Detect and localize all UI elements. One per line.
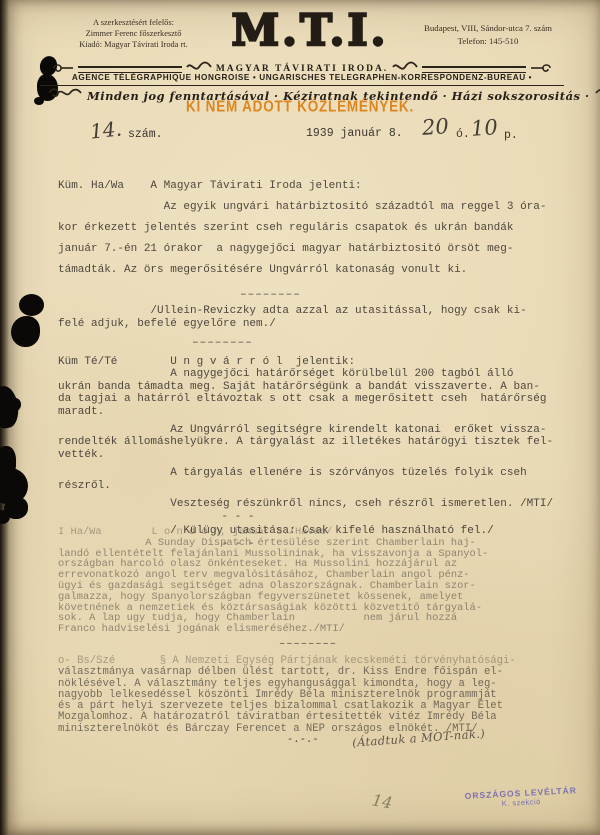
text-line: A nagygejőci határőrséget körülbelül 200… [58,368,558,380]
pencil-page-number: 14 [371,790,394,812]
issue-date: 1939 január 8. [306,127,403,140]
text-line: kor érkezett jelentés szerint cseh regul… [58,218,558,239]
text-line: vették. [58,449,558,461]
text-line: Az Ungvárról segitségre kirendelt katona… [58,424,558,436]
double-rule [78,66,182,73]
text-line: A tárgyalás ellenére is szórványos tüzel… [58,467,558,479]
archive-stamp: ORSZÁGOS LEVÉLTÁR K. szekció [452,784,591,810]
address-line: Telefon: 145-510 [398,35,578,48]
issue-number-label: szám. [128,128,163,141]
mti-logo: M.T.I. [205,8,415,54]
ink-blot [19,294,44,316]
section-separator: –––––––– [240,289,301,301]
text-line: részről. [58,480,558,492]
text-line: - - - [58,511,418,523]
text-line: /Ullein-Reviczky adta azzal az utasitáss… [58,305,558,318]
text-line: galmazza, hogy Spanyolországban fegyvers… [58,592,558,603]
issue-hour-unit: ó. [456,128,470,141]
scanned-bulletin-page: A szerkesztésért felelős: Zimmer Ferenc … [0,0,600,835]
text-line: felé adjuk, befelé egyelőre nem./ [58,318,558,331]
bulletin-title: KI NEM ADOTT KÖZLEMÉNYEK. [0,98,600,115]
publisher-block: A szerkesztésért felelős: Zimmer Ferenc … [66,17,201,50]
publisher-line: Kiadó: Magyar Távirati Iroda rt. [66,39,201,50]
agency-name-foreign: AGENCE TÉLÉGRAPHIQUE HONGROISE • UNGARIS… [40,73,564,86]
text-line: Küm. Ha/Wa A Magyar Távirati Iroda jelen… [58,176,558,197]
section-ungvar-report: Küm Té/Té U n g v á r r ó l jelentik: A … [58,356,558,552]
text-line: –––––––– [58,639,558,650]
text-line: Küm Té/Té U n g v á r r ó l jelentik: [58,356,558,368]
text-line: da tagjai a határról eltávoztak s ott cs… [58,393,558,405]
text-line: maradt. [58,406,558,418]
address-block: Budapest, VIII, Sándor-utca 7. szám Tele… [398,22,578,48]
text-line: Veszteség részünkről nincs, cseh részről… [58,498,558,510]
address-line: Budapest, VIII, Sándor-utca 7. szám [398,22,578,35]
section-ullein-reviczky-note: /Ullein-Reviczky adta azzal az utasitáss… [58,305,558,331]
ink-blot [11,316,40,347]
text-line: Az egyik ungvári határbiztositó századtó… [58,197,558,218]
text-line: Franco hadviselési jogának elismeréséhez… [58,624,558,635]
section-london-report: I Ha/Wa L o n d o n, január 8./Havas/ A … [58,527,558,650]
text-line: választmánya vasárnap délben ülést tarto… [58,667,558,678]
issue-minute-handwritten: 10 [470,115,498,141]
double-rule [422,66,526,73]
issue-number-handwritten: 14. [89,116,123,143]
publisher-line: Zimmer Ferenc főszerkesztő [66,28,201,39]
text-line: A Sunday Dispatch értesülése szerint Cha… [58,538,558,549]
section-separator: –––––––– [192,337,253,349]
section-border-incident: Küm. Ha/Wa A Magyar Távirati Iroda jelen… [58,176,558,281]
text-line: rendelték állomáshelyükre. A tárgyalást … [58,436,558,448]
text-line: január 7.-én 21 órakor a nagygejőci magy… [58,239,558,260]
ink-blot [10,398,21,411]
text-line: ukrán banda támadta meg. Saját határőrsé… [58,381,558,393]
issue-minute-unit: p. [504,129,518,142]
text-line: támadták. Az örs megerősitésére Ungvárró… [58,260,558,281]
publisher-line: A szerkesztésért felelős: [66,17,201,28]
issue-hour-handwritten: 20 [421,114,449,140]
